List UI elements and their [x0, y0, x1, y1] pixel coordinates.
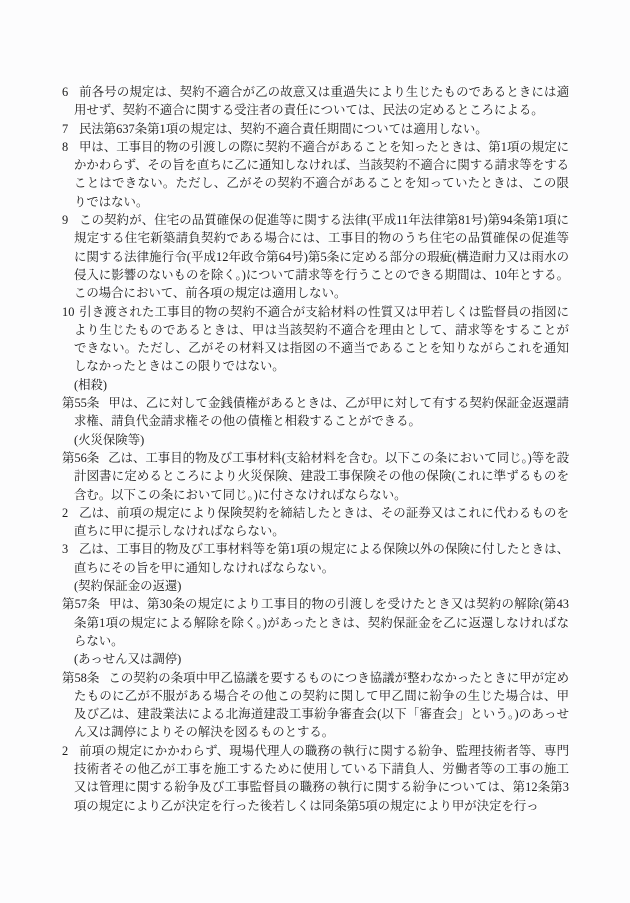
paragraph-text: 乙は、工事目的物及び工事材料等を第1項の規定による保険以外の保険に付したときは、…	[74, 542, 569, 574]
paragraph-number: 7	[62, 120, 79, 138]
article-label: 第57条	[62, 597, 100, 611]
paragraph-58-2: 2前項の規定にかかわらず、現場代理人の職務の執行に関する紛争、監理技術者等、専門…	[62, 742, 569, 815]
paragraph-number: 8	[62, 138, 79, 156]
section-heading-deposit-return: (契約保証金の返還)	[62, 577, 569, 595]
section-heading-mediation: (あっせん又は調停)	[62, 650, 569, 668]
paragraph-text: 民法第637条第1項の規定は、契約不適合責任期間については適用しない。	[79, 122, 488, 136]
article-text: 乙は、工事目的物及び工事材料(支給材料を含む。以下この条において同じ。)等を設計…	[74, 451, 569, 502]
paragraph-text: 乙は、前項の規定により保険契約を締結したときは、その証券又はこれに代わるものを直…	[74, 506, 569, 538]
paragraph-7: 7民法第637条第1項の規定は、契約不適合責任期間については適用しない。	[62, 120, 569, 138]
article-text: 甲は、第30条の規定により工事目的物の引渡しを受けたとき又は契約の解除(第43条…	[74, 597, 569, 648]
heading-text: (相殺)	[74, 378, 107, 392]
heading-text: (火災保険等)	[74, 433, 144, 447]
section-heading-setoff: (相殺)	[62, 376, 569, 394]
paragraph-8: 8甲は、工事目的物の引渡しの際に契約不適合があることを知ったときは、第1項の規定…	[62, 138, 569, 211]
article-label: 第56条	[62, 451, 99, 465]
paragraph-number: 3	[62, 540, 79, 558]
article-label: 第55条	[62, 396, 99, 410]
document-body: 6前各号の規定は、契約不適合が乙の故意又は重過失により生じたものであるときには適…	[62, 83, 569, 815]
paragraph-9: 9この契約が、住宅の品質確保の促進等に関する法律(平成11年法律第81号)第94…	[62, 211, 569, 302]
section-heading-fire-insurance: (火災保険等)	[62, 431, 569, 449]
paragraph-text: 前各号の規定は、契約不適合が乙の故意又は重過失により生じたものであるときには適用…	[74, 85, 569, 117]
article-text: この契約の条項中甲乙協議を要するものにつき協議が整わなかったときに甲が定めたもの…	[74, 671, 569, 740]
paragraph-number: 6	[62, 83, 79, 101]
paragraph-text: この契約が、住宅の品質確保の促進等に関する法律(平成11年法律第81号)第94条…	[74, 213, 569, 300]
paragraph-text: 甲は、工事目的物の引渡しの際に契約不適合があることを知ったときは、第1項の規定に…	[74, 140, 569, 209]
paragraph-text: 引き渡された工事目的物の契約不適合が支給材料の性質又は甲若しくは監督員の指図によ…	[74, 305, 569, 374]
article-label: 第58条	[62, 671, 99, 685]
paragraph-56-3: 3乙は、工事目的物及び工事材料等を第1項の規定による保険以外の保険に付したときは…	[62, 540, 569, 577]
paragraph-text: 前項の規定にかかわらず、現場代理人の職務の執行に関する紛争、監理技術者等、専門技…	[74, 744, 569, 813]
heading-text: (契約保証金の返還)	[74, 579, 181, 593]
article-58: 第58条この契約の条項中甲乙協議を要するものにつき協議が整わなかったときに甲が定…	[62, 669, 569, 742]
paragraph-number: 9	[62, 211, 79, 229]
paragraph-number: 2	[62, 742, 79, 760]
paragraph-number: 10	[62, 303, 79, 321]
contract-document-page: 6前各号の規定は、契約不適合が乙の故意又は重過失により生じたものであるときには適…	[0, 0, 630, 903]
article-55: 第55条甲は、乙に対して金銭債権があるときは、乙が甲に対して有する契約保証金返還…	[62, 394, 569, 431]
article-57: 第57条甲は、第30条の規定により工事目的物の引渡しを受けたとき又は契約の解除(…	[62, 595, 569, 650]
paragraph-6: 6前各号の規定は、契約不適合が乙の故意又は重過失により生じたものであるときには適…	[62, 83, 569, 120]
article-text: 甲は、乙に対して金銭債権があるときは、乙が甲に対して有する契約保証金返還請求権、…	[74, 396, 569, 428]
article-56: 第56条乙は、工事目的物及び工事材料(支給材料を含む。以下この条において同じ。)…	[62, 449, 569, 504]
heading-text: (あっせん又は調停)	[74, 652, 181, 666]
paragraph-56-2: 2乙は、前項の規定により保険契約を締結したときは、その証券又はこれに代わるものを…	[62, 504, 569, 541]
paragraph-number: 2	[62, 504, 79, 522]
paragraph-10: 10引き渡された工事目的物の契約不適合が支給材料の性質又は甲若しくは監督員の指図…	[62, 303, 569, 376]
